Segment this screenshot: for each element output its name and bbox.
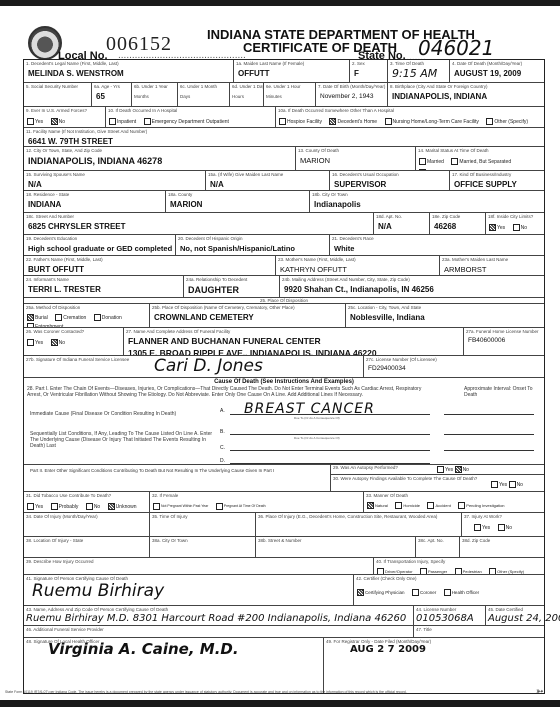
field-value: MARION bbox=[296, 154, 415, 167]
injury-city-field: 38a. City Or Town bbox=[150, 537, 256, 558]
state-no-value: 046021 bbox=[418, 36, 494, 60]
funeral-facility-field: 27. Name And Complete Address Of Funeral… bbox=[124, 328, 464, 356]
option-label: Emergency Department Outpatient bbox=[152, 119, 229, 125]
option-label: Hospice Facility bbox=[287, 119, 322, 125]
field-value: FB40600006 bbox=[464, 335, 544, 346]
field-label: 13. County Of Death bbox=[296, 147, 415, 154]
informant-address-field: 24b. Mailing Address (Street And Number,… bbox=[280, 276, 544, 298]
injury-place-field: 36. Place Of Injury (E.G., Decedent's Ho… bbox=[256, 513, 462, 537]
certifier-physician[interactable]: Certifying Physician bbox=[357, 590, 405, 595]
injury-time-field: 35. Time Of Injury bbox=[150, 513, 256, 537]
field-value: 01053068A bbox=[414, 613, 485, 624]
checkbox-icon[interactable] bbox=[153, 503, 160, 510]
place-nursing-home[interactable]: Nursing Home/Long-Term Care Facility bbox=[385, 119, 479, 125]
checkbox-icon[interactable] bbox=[444, 589, 451, 596]
field-label: 15. Surviving Spouse's Name bbox=[24, 171, 205, 178]
interval-line-c[interactable] bbox=[444, 450, 534, 451]
checkbox-checked-icon[interactable] bbox=[51, 339, 58, 346]
certifier-health-officer[interactable]: Health Officer bbox=[444, 590, 479, 595]
option-label: Natural bbox=[375, 503, 388, 508]
tobacco-probably[interactable]: Probably bbox=[51, 504, 79, 510]
residence-city-field: 18b. City Or Town Indianapolis bbox=[310, 191, 544, 213]
option-label: Cremation bbox=[63, 315, 86, 321]
under-1-day-field: 6d. Under 1 Day Hours bbox=[230, 83, 264, 107]
field-value: AUGUST 19, 2009 bbox=[450, 67, 544, 80]
field-label: 1a. Maiden Last Name (If Female) bbox=[234, 60, 349, 67]
field-label: 19. Decedent's Education bbox=[24, 235, 175, 242]
field-label: 34. Date Of Injury (Month/Day/Year) bbox=[24, 513, 149, 520]
option-label: Yes bbox=[35, 119, 43, 125]
field-label: 4. Date Of Death (Month/Day/Year) bbox=[450, 60, 544, 67]
tobacco-no[interactable]: No bbox=[86, 504, 100, 510]
checkbox-icon[interactable] bbox=[498, 524, 505, 531]
place-of-death-field: 10a. If Death Occurred Somewhere Other T… bbox=[276, 107, 544, 128]
field-label: 26. Was Coroner Contacted? bbox=[24, 328, 123, 335]
checkbox-icon[interactable] bbox=[27, 339, 34, 346]
field-label: 30. Were Autopsy Findings Available To C… bbox=[331, 475, 479, 482]
armed-forces-no[interactable]: No bbox=[51, 119, 65, 125]
field-label: 40. If Transportation Injury, Specify bbox=[374, 558, 544, 565]
tobacco-unknown[interactable]: Unknown bbox=[108, 504, 137, 510]
checkbox-icon[interactable] bbox=[412, 589, 419, 596]
option-label: No bbox=[59, 119, 65, 125]
option-label: Health Officer bbox=[452, 590, 479, 595]
state-seal-icon bbox=[28, 26, 62, 60]
field-value: BURT OFFUTT bbox=[24, 263, 275, 276]
tobacco-field: 31. Did Tobacco Use Contribute To Death?… bbox=[24, 492, 150, 513]
field-label: 14. Marital Status At Time Of Death bbox=[416, 147, 544, 154]
pregnancy-field: 32. If Female Not Pregnant Within Past Y… bbox=[150, 492, 364, 513]
option-label: Yes bbox=[35, 504, 43, 510]
field-value: High school graduate or GED completed bbox=[24, 242, 175, 255]
field-value: OFFICE SUPPLY bbox=[450, 178, 544, 191]
field-label: 23. Mother's Name (First, Middle, Last) bbox=[276, 256, 439, 263]
autopsy-yes[interactable]: Yes bbox=[437, 467, 453, 473]
option-label: Donation bbox=[102, 315, 122, 321]
armed-forces-field: 9. Ever In U.S. Armed Forces? Yes No Unk… bbox=[24, 107, 106, 128]
line-letter: C. bbox=[220, 445, 225, 451]
certifier-coroner[interactable]: Coroner bbox=[412, 590, 436, 595]
inside-city-limits-field: 18f. Inside City Limits? Yes No bbox=[486, 213, 544, 235]
checkbox-icon[interactable] bbox=[55, 314, 62, 321]
unit-label: Minutes bbox=[264, 90, 315, 100]
field-label: 6a. Age - Yrs bbox=[92, 83, 131, 90]
residence-county-field: 18a. County MARION bbox=[166, 191, 310, 213]
option-label: Yes bbox=[445, 467, 453, 473]
checkbox-icon[interactable] bbox=[51, 503, 58, 510]
race-field: 21. Decedent's Race White bbox=[330, 235, 544, 256]
place-home[interactable]: Decedent's Home bbox=[329, 119, 377, 125]
hospital-inpatient[interactable]: Inpatient bbox=[109, 119, 136, 125]
field-value: MARION bbox=[166, 198, 309, 211]
facility-name-field: 11. Facility Name (If Not Institution, G… bbox=[24, 128, 544, 147]
method-burial[interactable]: Burial bbox=[27, 315, 48, 321]
option-label: Decedent's Home bbox=[337, 119, 377, 125]
death-certificate-form: 1. Decedent's Legal Name (First, Middle,… bbox=[23, 59, 545, 694]
field-label: 18e. Zip Code bbox=[430, 213, 485, 220]
residence-street-field: 18c. Street And Number 6825 CHRYSLER STR… bbox=[24, 213, 374, 235]
cause-value: BREAST CANCER bbox=[230, 401, 375, 417]
cause-heading: Cause Of Death (See Instructions And Exa… bbox=[24, 378, 544, 385]
certifier-title-field: 47. Title bbox=[414, 626, 544, 638]
checkbox-checked-icon[interactable] bbox=[367, 502, 374, 509]
injury-at-work-field: 37. Injury At Work? Yes No bbox=[462, 513, 544, 537]
field-label: 27c. License Number (Of Licensee) bbox=[364, 356, 544, 363]
place-other[interactable]: Other (Specify) bbox=[486, 119, 528, 125]
certifier-type-field: 42. Certifier (Check Only One) Certifyin… bbox=[354, 575, 544, 606]
cause-line-b[interactable] bbox=[230, 426, 430, 435]
licensee-number-field: 27c. License Number (Of Licensee) FD2940… bbox=[364, 356, 544, 378]
disposition-place-field: 25b. Place Of Disposition (Name Of Cemet… bbox=[150, 304, 346, 328]
field-label: 27. Name And Complete Address Of Funeral… bbox=[124, 328, 463, 335]
field-label: 18d. Apt. No. bbox=[374, 213, 429, 220]
maiden-name-field: 1a. Maiden Last Name (If Female) OFFUTT bbox=[234, 60, 350, 83]
certifier-license-field: 44. License Number 01053068A bbox=[414, 606, 486, 626]
marital-separated[interactable]: Married, But Separated bbox=[451, 159, 511, 165]
field-label: 20. Decedent Of Hispanic Origin bbox=[176, 235, 329, 242]
field-label: 21. Decedent's Race bbox=[330, 235, 544, 242]
checkbox-icon[interactable] bbox=[451, 158, 458, 165]
manner-homicide[interactable]: Homicide bbox=[395, 503, 420, 508]
field-label: 18f. Inside City Limits? bbox=[486, 213, 544, 220]
field-label: 32. If Female bbox=[150, 492, 363, 499]
field-label: 12. City Or Town, State, And Zip Code bbox=[24, 147, 295, 154]
field-label: 1. Decedent's Legal Name (First, Middle,… bbox=[24, 60, 233, 67]
inside-city-yes[interactable]: Yes bbox=[489, 225, 505, 231]
due-to-label: Due To (Or As A Consequence Of) bbox=[294, 436, 340, 440]
ssn-field: 5. Social Security Number bbox=[24, 83, 92, 107]
hospital-er[interactable]: Emergency Department Outpatient bbox=[144, 119, 229, 125]
field-label: 6e. Under 1 Hour bbox=[264, 83, 315, 90]
field-value: 9920 Shahan Ct., Indianapolis, IN 46256 bbox=[280, 283, 544, 296]
field-value: F bbox=[350, 67, 387, 80]
disposition-location-field: 25c. Location - City, Town, And State No… bbox=[346, 304, 544, 328]
transport-other[interactable]: Other (Specify) bbox=[489, 569, 524, 574]
certifier-name-address-field: 43. Name, Address And Zip Code Of Person… bbox=[24, 606, 414, 626]
field-label: 3. Time Of Death bbox=[388, 60, 449, 67]
option-label: No bbox=[463, 467, 469, 473]
checkbox-icon[interactable] bbox=[395, 502, 402, 509]
interval-line-a[interactable] bbox=[444, 414, 534, 415]
coroner-no[interactable]: No bbox=[51, 340, 65, 346]
part2-label: Part II. Enter Other Significant Conditi… bbox=[27, 466, 277, 475]
option-label: Driver/Operator bbox=[385, 569, 413, 574]
field-label: 25c. Location - City, Town, And State bbox=[346, 304, 544, 311]
signature: Virginia A. Caine, M.D. bbox=[48, 640, 239, 658]
field-label: 37. Injury At Work? bbox=[462, 513, 544, 520]
unit-label: Days bbox=[178, 90, 229, 100]
option-label: No bbox=[94, 504, 100, 510]
field-value: N/A bbox=[374, 220, 429, 233]
checkbox-icon[interactable] bbox=[419, 158, 426, 165]
cause-line-c[interactable] bbox=[230, 442, 430, 451]
checkbox-checked-icon[interactable] bbox=[357, 589, 364, 596]
at-work-no[interactable]: No bbox=[498, 525, 512, 531]
funeral-name: FLANNER AND BUCHANAN FUNERAL CENTER bbox=[124, 335, 463, 347]
checkbox-icon[interactable] bbox=[385, 118, 392, 125]
field-label: 25a. Method Of Disposition bbox=[24, 304, 149, 311]
field-value: INDIANA bbox=[24, 198, 165, 211]
injury-date-field: 34. Date Of Injury (Month/Day/Year) bbox=[24, 513, 150, 537]
field-value: 6641 W. 79TH STREET bbox=[24, 135, 544, 147]
field-value: TERRI L. TRESTER bbox=[24, 283, 183, 296]
checkbox-icon[interactable] bbox=[27, 118, 34, 125]
field-value: August 24, 2009 bbox=[486, 613, 544, 624]
option-label: Yes bbox=[497, 225, 505, 231]
option-label: Passenger bbox=[428, 569, 447, 574]
cause-of-death-section: Cause Of Death (See Instructions And Exa… bbox=[24, 378, 544, 492]
line-letter: A. bbox=[220, 408, 225, 414]
checkbox-icon[interactable] bbox=[86, 503, 93, 510]
inside-city-no[interactable]: No bbox=[513, 225, 527, 231]
option-label: Pedestrian bbox=[463, 569, 482, 574]
armed-forces-yes[interactable]: Yes bbox=[27, 119, 43, 125]
transport-passenger[interactable]: Passenger bbox=[420, 569, 447, 574]
form-footer: State Form 10119 (R7/6-07) per Indiana C… bbox=[5, 690, 407, 694]
option-label: Nursing Home/Long-Term Care Facility bbox=[393, 119, 479, 125]
field-label: 38c. Apt. No. bbox=[416, 537, 459, 544]
option-label: Homicide bbox=[403, 503, 420, 508]
injury-apt-field: 38c. Apt. No. bbox=[416, 537, 460, 558]
field-label: 39. Describe How Injury Occurred bbox=[24, 558, 373, 565]
option-label: Burial bbox=[35, 315, 48, 321]
checkbox-icon[interactable] bbox=[486, 118, 493, 125]
option-label: Married bbox=[427, 159, 444, 165]
field-value: OFFUTT bbox=[234, 67, 349, 80]
at-work-yes[interactable]: Yes bbox=[474, 525, 490, 531]
checkbox-icon[interactable] bbox=[437, 466, 444, 473]
option-label: Certifying Physician bbox=[365, 590, 405, 595]
field-value: 6825 CHRYSLER STREET bbox=[24, 220, 373, 233]
field-label: 42. Certifier (Check Only One) bbox=[354, 575, 544, 582]
checkbox-icon[interactable] bbox=[491, 481, 498, 488]
field-label: 25b. Place Of Disposition (Name Of Cemet… bbox=[150, 304, 345, 311]
unit-label: Months bbox=[132, 90, 177, 100]
option-label: No bbox=[59, 340, 65, 346]
field-label: 16. Decedent's Usual Occupation bbox=[330, 171, 449, 178]
field-label: 36. Place Of Injury (E.G., Decedent's Ho… bbox=[256, 513, 461, 520]
health-officer-signature-field: 48. Signature Of Local Health Officer Vi… bbox=[24, 638, 324, 693]
field-label: 22. Father's Name (First, Middle, Last) bbox=[24, 256, 275, 263]
field-label: 6d. Under 1 Day bbox=[230, 83, 263, 90]
field-label: 24. Informant's Name bbox=[24, 276, 183, 283]
field-label: 38a. City Or Town bbox=[150, 537, 255, 544]
relationship-field: 24a. Relationship To Decedent DAUGHTER bbox=[184, 276, 280, 298]
field-label: 15a. (If Wife) Give Maiden Last Name bbox=[206, 171, 329, 178]
injury-description-field: 39. Describe How Injury Occurred bbox=[24, 558, 374, 575]
section-label: 25. Place Of Disposition bbox=[24, 298, 544, 303]
checkbox-icon[interactable] bbox=[513, 224, 520, 231]
field-value: KATHRYN OFFUTT bbox=[276, 263, 439, 276]
field-label: 18b. City Or Town bbox=[310, 191, 544, 198]
signature: Ruemu Birhiray bbox=[32, 581, 164, 601]
option-label: Pregnant At Time Of Death bbox=[224, 504, 266, 508]
cause-line-a[interactable]: BREAST CANCER bbox=[230, 400, 430, 415]
field-value: DAUGHTER bbox=[184, 283, 279, 297]
option-label: Probably bbox=[59, 504, 79, 510]
option-label: Yes bbox=[499, 482, 507, 488]
checkbox-icon[interactable] bbox=[279, 118, 286, 125]
transport-pedestrian[interactable]: Pedestrian bbox=[455, 569, 482, 574]
field-value: 65 bbox=[92, 90, 131, 103]
field-value: INDIANAPOLIS, INDIANA 46278 bbox=[24, 154, 295, 168]
autopsy-no[interactable]: No bbox=[455, 467, 469, 473]
spouse-maiden-field: 15a. (If Wife) Give Maiden Last Name N/A bbox=[206, 171, 330, 191]
manner-natural[interactable]: Natural bbox=[367, 503, 388, 508]
option-label: Unknown bbox=[116, 504, 137, 510]
certifier-signature-field: 41. Signature Of Person Certifying Cause… bbox=[24, 575, 354, 606]
field-label: 5. Social Security Number bbox=[24, 83, 91, 90]
autopsy-field: 29. Was An Autopsy Performed? Yes No 30.… bbox=[330, 464, 544, 492]
option-label: Yes bbox=[35, 340, 43, 346]
business-field: 17. Kind Of Business/Industry OFFICE SUP… bbox=[450, 171, 544, 191]
option-label: Married, But Separated bbox=[459, 159, 511, 165]
interval-label: Approximate Interval: Onset To Death bbox=[464, 386, 534, 398]
immediate-cause-label: Immediate Cause (Final Disease Or Condit… bbox=[27, 410, 179, 419]
residence-zip-field: 18e. Zip Code 46268 bbox=[430, 213, 486, 235]
field-label: 44. License Number bbox=[414, 606, 485, 613]
field-value: CROWNLAND CEMETERY bbox=[150, 311, 345, 324]
scan-border-bottom bbox=[0, 700, 560, 707]
page-mark-icon: ➳ bbox=[536, 686, 544, 697]
under-1-hour-field: 6e. Under 1 Hour Minutes bbox=[264, 83, 316, 107]
death-city-field: 12. City Or Town, State, And Zip Code IN… bbox=[24, 147, 296, 171]
spouse-name-field: 15. Surviving Spouse's Name N/A bbox=[24, 171, 206, 191]
pregnancy-option-0[interactable]: Not Pregnant Within Past Year bbox=[153, 504, 208, 508]
checkbox-checked-icon[interactable] bbox=[27, 314, 34, 321]
findings-yes[interactable]: Yes bbox=[491, 482, 507, 488]
due-to-label: Due To (Or As A Consequence Of) bbox=[294, 416, 340, 420]
manner-of-death-field: 33. Manner Of Death Natural Homicide Acc… bbox=[364, 492, 544, 513]
checkbox-icon[interactable] bbox=[458, 502, 465, 509]
registrar-field: 49. For Registrar Only - Date Filed (Mon… bbox=[324, 638, 544, 693]
field-value: 46268 bbox=[430, 220, 485, 233]
interval-line-b[interactable] bbox=[444, 434, 534, 435]
field-value: N/A bbox=[24, 178, 205, 191]
field-label: 7. Date Of Birth (Month/Day/Year) bbox=[316, 83, 387, 90]
option-label: No bbox=[521, 225, 527, 231]
marital-married[interactable]: Married bbox=[419, 159, 444, 165]
field-value: Noblesville, Indiana bbox=[346, 311, 544, 324]
option-label: Coroner bbox=[420, 590, 436, 595]
field-label: 31. Did Tobacco Use Contribute To Death? bbox=[24, 492, 149, 499]
field-label: 11. Facility Name (If Not Institution, G… bbox=[24, 128, 544, 135]
field-label: 35. Time Of Injury bbox=[150, 513, 255, 520]
funeral-address: 1305 E. BROAD RIPPLE AVE., INDIANAPOLIS,… bbox=[124, 347, 463, 356]
field-label: 38d. Zip Code bbox=[460, 537, 544, 544]
transportation-field: 40. If Transportation Injury, Specify Dr… bbox=[374, 558, 544, 575]
field-value: ARMBORST bbox=[440, 263, 544, 276]
field-label: 24b. Mailing Address (Street And Number,… bbox=[280, 276, 544, 283]
field-label: 43. Name, Address And Zip Code Of Person… bbox=[24, 606, 413, 613]
field-label: 38. Location Of Injury - State bbox=[24, 537, 149, 544]
checkbox-icon[interactable] bbox=[427, 502, 434, 509]
option-label: Yes bbox=[482, 525, 490, 531]
field-label: 47. Title bbox=[414, 626, 544, 633]
checkbox-icon[interactable] bbox=[474, 524, 481, 531]
field-label: 23a. Mother's Maiden Last Name bbox=[440, 256, 544, 263]
date-certified-field: 45. Date Certified August 24, 2009 bbox=[486, 606, 544, 626]
checkbox-icon[interactable] bbox=[27, 503, 34, 510]
registrar-date-stamp: AUG 2 7 2009 bbox=[350, 644, 426, 655]
field-label: 9. Ever In U.S. Armed Forces? bbox=[24, 107, 105, 114]
field-value: FD29400034 bbox=[364, 363, 544, 374]
option-label: No bbox=[506, 525, 512, 531]
field-value: Indianapolis bbox=[310, 198, 544, 211]
coroner-yes[interactable]: Yes bbox=[27, 340, 43, 346]
birthplace-field: 8. Birthplace (City And State Or Foreign… bbox=[388, 83, 544, 107]
transport-driver[interactable]: Driver/Operator bbox=[377, 569, 413, 574]
method-cremation[interactable]: Cremation bbox=[55, 315, 86, 321]
sequential-cause-label: Sequentially List Conditions, If Any, Le… bbox=[27, 430, 218, 450]
injury-street-field: 38b. Street & Number bbox=[256, 537, 416, 558]
findings-no[interactable]: No bbox=[509, 482, 523, 488]
manner-accident[interactable]: Accident bbox=[427, 503, 450, 508]
option-label: No bbox=[517, 482, 523, 488]
field-value: No, not Spanish/Hispanic/Latino bbox=[176, 242, 329, 255]
checkbox-icon[interactable] bbox=[216, 503, 223, 510]
age-field: 6a. Age - Yrs 65 bbox=[92, 83, 132, 107]
hospital-field: 10. If Death Occurred In A Hospital Inpa… bbox=[106, 107, 276, 128]
field-label: 18c. Street And Number bbox=[24, 213, 373, 220]
field-label: 17. Kind Of Business/Industry bbox=[450, 171, 544, 178]
tobacco-yes[interactable]: Yes bbox=[27, 504, 43, 510]
checkbox-checked-icon[interactable] bbox=[329, 118, 336, 125]
checkbox-checked-icon[interactable] bbox=[51, 118, 58, 125]
field-label: 10a. If Death Occurred Somewhere Other T… bbox=[276, 107, 544, 114]
checkbox-checked-icon[interactable] bbox=[455, 466, 462, 473]
checkbox-icon[interactable] bbox=[144, 118, 151, 125]
option-label: Other (Specify) bbox=[497, 569, 524, 574]
under-1-year-field: 6b. Under 1 Year Months bbox=[132, 83, 178, 107]
method-donation[interactable]: Donation bbox=[94, 315, 122, 321]
checkbox-checked-icon[interactable] bbox=[108, 503, 115, 510]
field-label: 45. Date Certified bbox=[486, 606, 544, 613]
manner-pending[interactable]: Pending Investigation bbox=[458, 503, 504, 508]
field-label: 38b. Street & Number bbox=[256, 537, 415, 544]
death-county-field: 13. County Of Death MARION bbox=[296, 147, 416, 171]
cause-instructions: 28. Part I. Enter The Chain Of Events—Di… bbox=[24, 385, 430, 399]
checkbox-icon[interactable] bbox=[94, 314, 101, 321]
field-label: 8. Birthplace (City And State Or Foreign… bbox=[388, 83, 544, 90]
residence-apt-field: 18d. Apt. No. N/A bbox=[374, 213, 430, 235]
field-label: 2. Sex bbox=[350, 60, 387, 67]
checkbox-icon[interactable] bbox=[109, 118, 116, 125]
field-label: 6c. Under 1 Month bbox=[178, 83, 229, 90]
field-value: November 2, 1943 bbox=[316, 90, 387, 102]
field-label: 46. Additional Funeral Service Provider bbox=[24, 626, 413, 633]
option-label: Inpatient bbox=[117, 119, 136, 125]
hispanic-origin-field: 20. Decedent Of Hispanic Origin No, not … bbox=[176, 235, 330, 256]
marital-status-field: 14. Marital Status At Time Of Death Marr… bbox=[416, 147, 544, 171]
pregnancy-option-1[interactable]: Pregnant At Time Of Death bbox=[216, 504, 266, 508]
coroner-contacted-field: 26. Was Coroner Contacted? Yes No bbox=[24, 328, 124, 356]
field-value: 9:15 AM bbox=[388, 67, 449, 80]
place-hospice[interactable]: Hospice Facility bbox=[279, 119, 322, 125]
option-label: Accident bbox=[435, 503, 450, 508]
funeral-home-license-field: 27a. Funeral Home License Number FB40600… bbox=[464, 328, 544, 356]
field-label: 24a. Relationship To Decedent bbox=[184, 276, 279, 283]
funeral-licensee-signature-field: 27b. Signature Of Indiana Funeral Servic… bbox=[24, 356, 364, 378]
field-value: N/A bbox=[206, 178, 329, 191]
checkbox-checked-icon[interactable] bbox=[489, 224, 496, 231]
father-name-field: 22. Father's Name (First, Middle, Last) … bbox=[24, 256, 276, 276]
disposition-method-field: 25a. Method Of Disposition Burial Cremat… bbox=[24, 304, 150, 328]
checkbox-icon[interactable] bbox=[509, 481, 516, 488]
field-label: 18. Residence - State bbox=[24, 191, 165, 198]
date-of-birth-field: 7. Date Of Birth (Month/Day/Year) Novemb… bbox=[316, 83, 388, 107]
residence-state-field: 18. Residence - State INDIANA bbox=[24, 191, 166, 213]
